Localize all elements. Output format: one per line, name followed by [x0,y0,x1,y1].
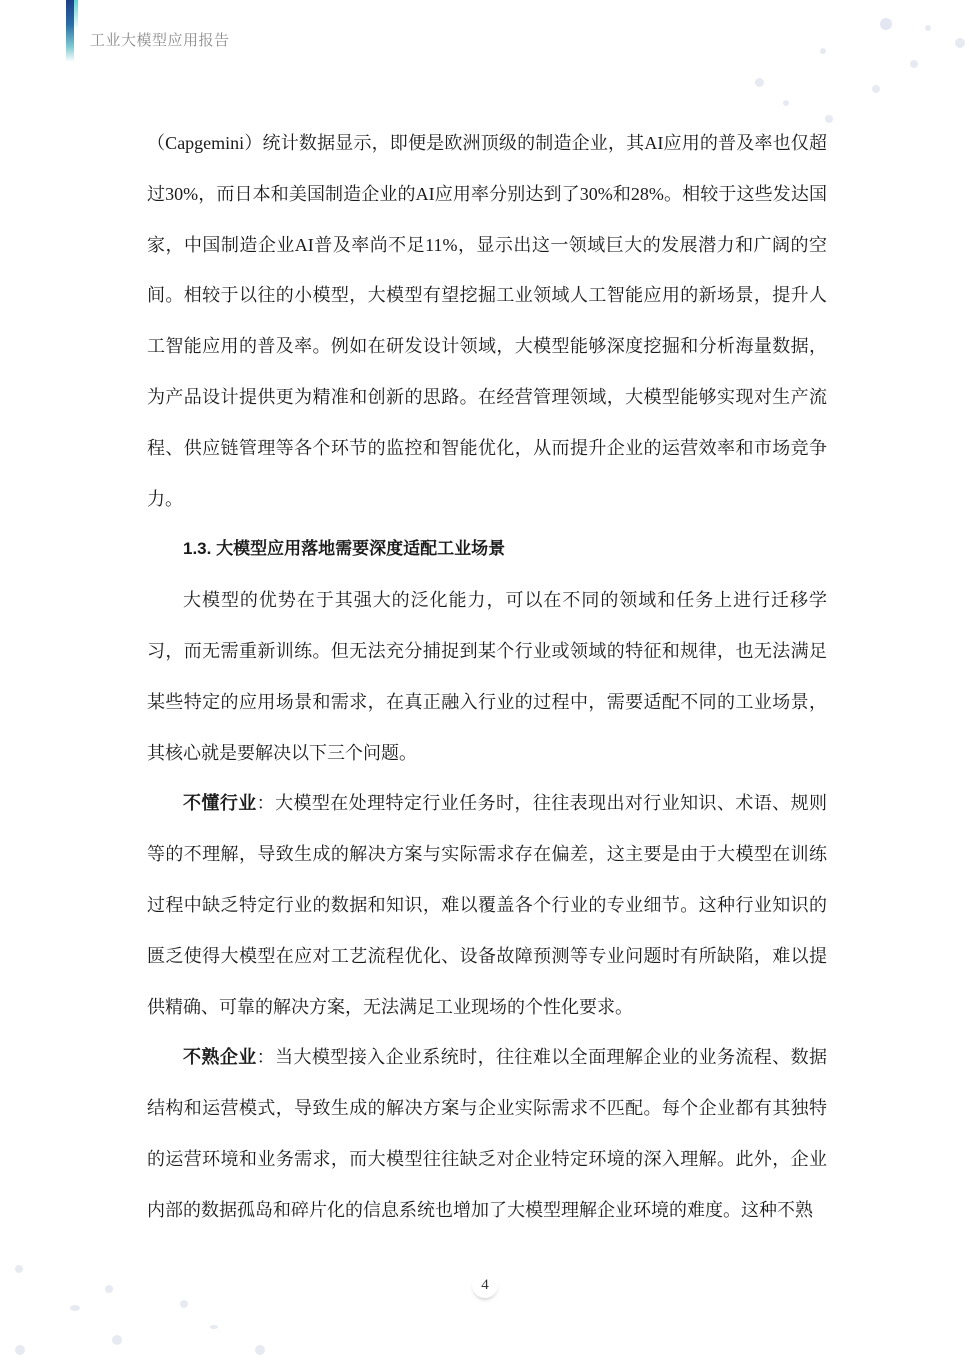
header-accent-bar [66,0,74,62]
paragraph-generalization: 大模型的优势在于其强大的泛化能力，可以在不同的领域和任务上进行迁移学习，而无需重… [147,575,827,778]
document-body: （Capgemini）统计数据显示，即便是欧洲顶级的制造企业，其AI应用的普及率… [147,118,827,1236]
paragraph-industry-body: ：大模型在处理特定行业任务时，往往表现出对行业知识、术语、规则等的不理解，导致生… [147,793,827,1016]
term-industry: 不懂行业 [183,793,257,813]
paragraph-ai-adoption: （Capgemini）统计数据显示，即便是欧洲顶级的制造企业，其AI应用的普及率… [147,118,827,524]
page-number: 4 [472,1272,498,1298]
term-enterprise: 不熟企业 [183,1047,257,1067]
paragraph-industry-knowledge: 不懂行业：大模型在处理特定行业任务时，往往表现出对行业知识、术语、规则等的不理解… [147,778,827,1032]
section-heading-1-3: 1.3. 大模型应用落地需要深度适配工业场景 [147,524,827,575]
paragraph-enterprise-body: ：当大模型接入企业系统时，往往难以全面理解企业的业务流程、数据结构和运营模式，导… [147,1047,827,1219]
paragraph-enterprise-knowledge: 不熟企业：当大模型接入企业系统时，往往难以全面理解企业的业务流程、数据结构和运营… [147,1032,827,1235]
report-header-title: 工业大模型应用报告 [90,29,230,50]
